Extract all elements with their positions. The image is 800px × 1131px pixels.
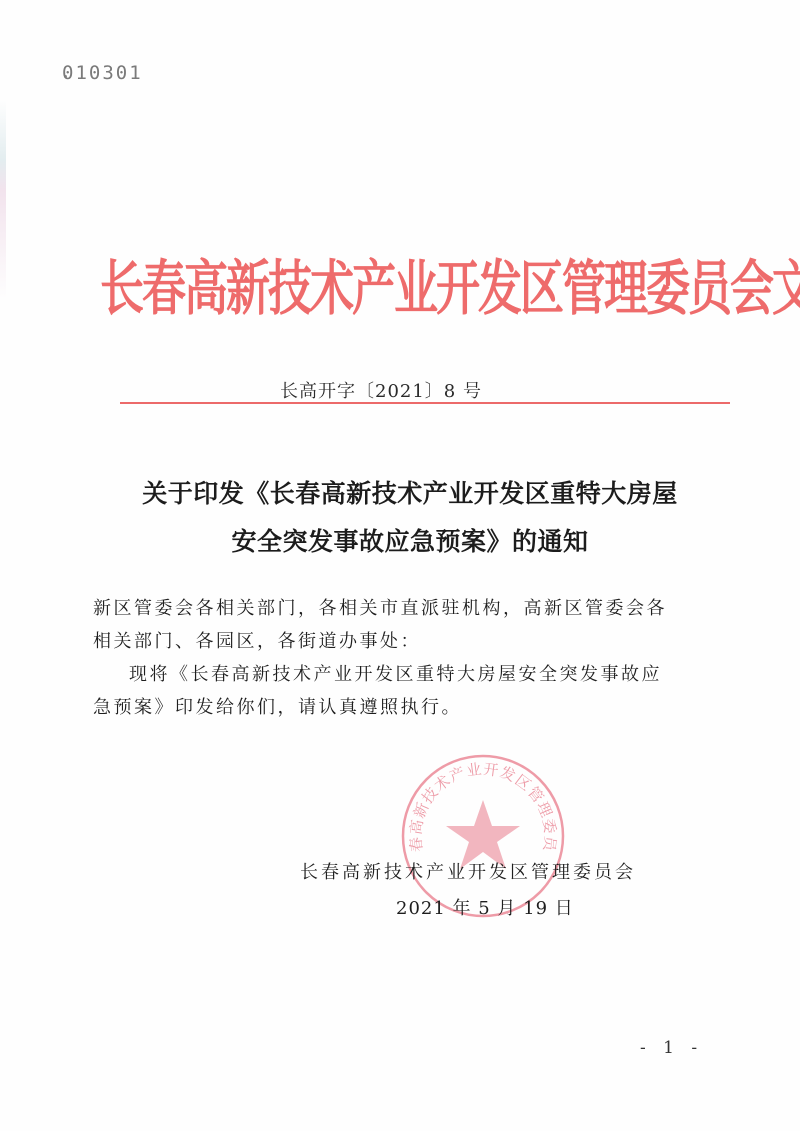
document-title: 关于印发《长春高新技术产业开发区重特大房屋 安全突发事故应急预案》的通知 (90, 470, 730, 566)
scan-edge-artifact (0, 100, 6, 300)
content-line-1: 现将《长春高新技术产业开发区重特大房屋安全突发事故应 (93, 658, 733, 691)
signatory-organization: 长春高新技术产业开发区管理委员会 (300, 858, 636, 884)
issuer-red-header: 长春高新技术产业开发区管理委员会文件 (100, 240, 750, 326)
title-line-2: 安全突发事故应急预案》的通知 (90, 518, 730, 566)
issue-date: 2021 年 5 月 19 日 (396, 894, 574, 920)
page-number: - 1 - (640, 1038, 703, 1058)
serial-number: 010301 (62, 62, 143, 84)
title-line-1: 关于印发《长春高新技术产业开发区重特大房屋 (90, 470, 730, 518)
document-number: 长高开字〔2021〕8 号 (280, 377, 482, 403)
addressee-line-1: 新区管委会各相关部门，各相关市直派驻机构，高新区管委会各 (93, 592, 733, 625)
document-body: 新区管委会各相关部门，各相关市直派驻机构，高新区管委会各 相关部门、各园区，各街… (93, 592, 733, 724)
addressee-line-2: 相关部门、各园区，各街道办事处： (93, 625, 733, 658)
red-divider-rule (120, 402, 730, 404)
document-page: 010301 长春高新技术产业开发区管理委员会文件 长高开字〔2021〕8 号 … (0, 0, 800, 1131)
content-line-2: 急预案》印发给你们，请认真遵照执行。 (93, 691, 733, 724)
